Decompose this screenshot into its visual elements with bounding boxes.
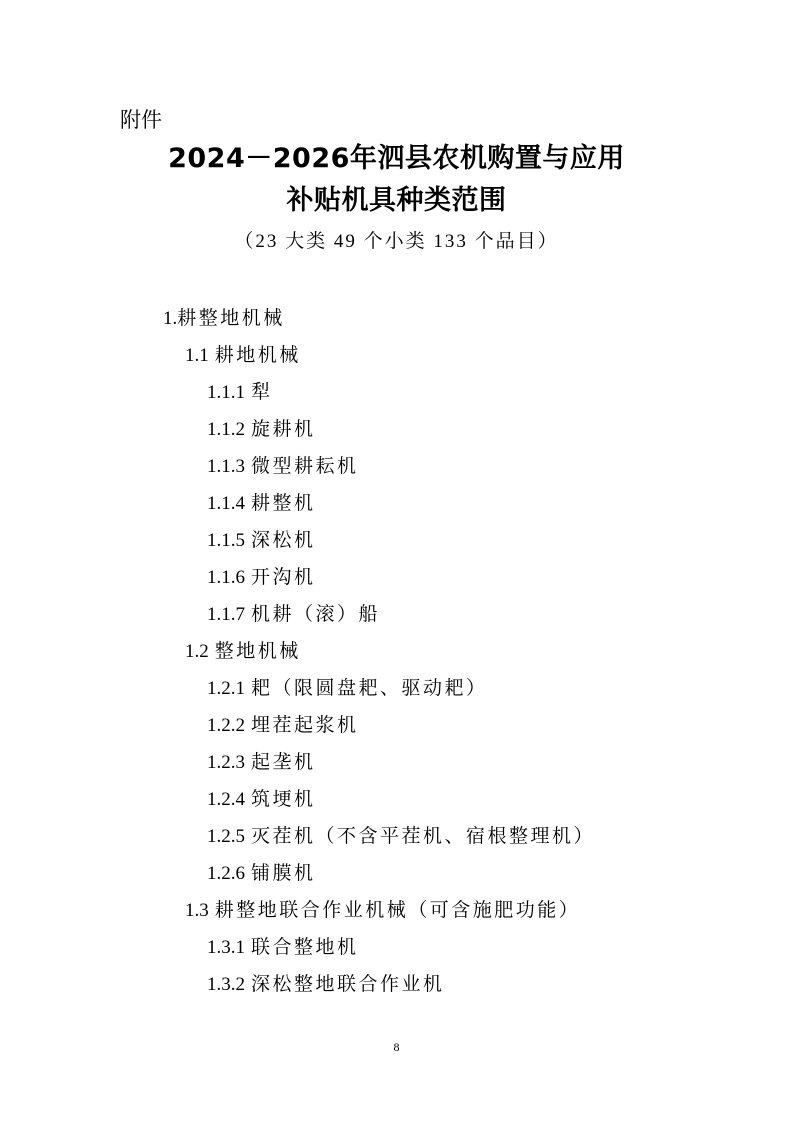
list-item: 1.3.1联合整地机 — [207, 934, 359, 962]
document-page: 附件 2024－2026年泗县农机购置与应用 补贴机具种类范围 （23 大类 4… — [0, 0, 793, 1122]
list-item: 1.3耕整地联合作业机械（可含施肥功能） — [185, 897, 580, 925]
list-item: 1.2.5灭茬机（不含平茬机、宿根整理机） — [207, 823, 595, 851]
list-item: 1.1.2旋耕机 — [207, 416, 316, 444]
document-title-line1: 2024－2026年泗县农机购置与应用 — [0, 141, 793, 177]
list-item: 1.耕整地机械 — [163, 305, 285, 333]
list-item: 1.3.2深松整地联合作业机 — [207, 971, 445, 999]
list-item: 1.1.1犁 — [207, 379, 273, 407]
list-item: 1.1.5深松机 — [207, 527, 316, 555]
document-subtitle: （23 大类 49 个小类 133 个品目） — [0, 228, 793, 256]
list-item: 1.2.1耙（限圆盘耙、驱动耙） — [207, 675, 488, 703]
page-number: 8 — [0, 1040, 793, 1055]
list-item: 1.2.2埋茬起浆机 — [207, 712, 359, 740]
list-item: 1.2.3起垄机 — [207, 749, 316, 777]
list-item: 1.1.4耕整机 — [207, 490, 316, 518]
list-item: 1.2整地机械 — [185, 638, 301, 666]
attachment-label: 附件 — [120, 106, 162, 134]
list-item: 1.2.6铺膜机 — [207, 860, 316, 888]
document-title-line2: 补贴机具种类范围 — [0, 183, 793, 219]
list-item: 1.1耕地机械 — [185, 342, 301, 370]
list-item: 1.1.6开沟机 — [207, 564, 316, 592]
list-item: 1.2.4筑埂机 — [207, 786, 316, 814]
list-item: 1.1.3微型耕耘机 — [207, 453, 359, 481]
list-item: 1.1.7机耕（滚）船 — [207, 601, 380, 629]
